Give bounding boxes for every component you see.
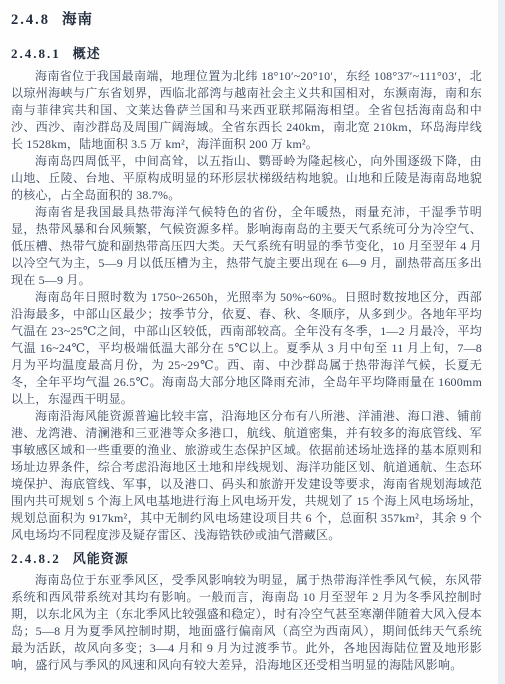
paragraph-coastal-planning: 海南沿海风能资源普遍比较丰富，沿海地区分布有八所港、洋浦港、海口港、铺前港、龙湾… — [11, 408, 482, 544]
page-edge-strip — [498, 0, 505, 684]
subsection-heading-wind-resource: 2.4.8.2风能资源 — [11, 548, 482, 567]
document-page: 2.4.8海南 2.4.8.1概述 海南省位于我国最南端，地理位置为北纬 18°… — [0, 0, 505, 684]
subsection-heading-overview: 2.4.8.1概述 — [11, 43, 482, 62]
paragraph-climate-systems: 海南省是我国最具热带海洋气候特色的省份，全年暖热，雨量充沛，干湿季节明显，热带风… — [11, 204, 482, 289]
paragraph-terrain: 海南岛四周低平，中间高耸，以五指山、鹦哥岭为隆起核心，向外围逐级下降，由山地、丘… — [11, 153, 482, 204]
subsection-title: 风能资源 — [73, 551, 129, 566]
subsection-title: 概述 — [73, 46, 101, 61]
paragraph-monsoon: 海南岛位于东亚季风区，受季风影响较为明显，属于热带海洋性季风气候，东风带系统和西… — [11, 572, 482, 674]
paragraph-geography: 海南省位于我国最南端，地理位置为北纬 18°10′~20°10′，东经 108°… — [11, 68, 482, 153]
section-heading: 2.4.8海南 — [11, 8, 482, 29]
subsection-number: 2.4.8.2 — [11, 551, 61, 566]
section-title: 海南 — [62, 12, 93, 28]
section-number: 2.4.8 — [11, 12, 50, 28]
paragraph-sunshine-temperature: 海南岛年日照时数为 1750~2650h，光照率为 50%~60%。日照时数按地… — [11, 289, 482, 408]
subsection-number: 2.4.8.1 — [11, 46, 61, 61]
